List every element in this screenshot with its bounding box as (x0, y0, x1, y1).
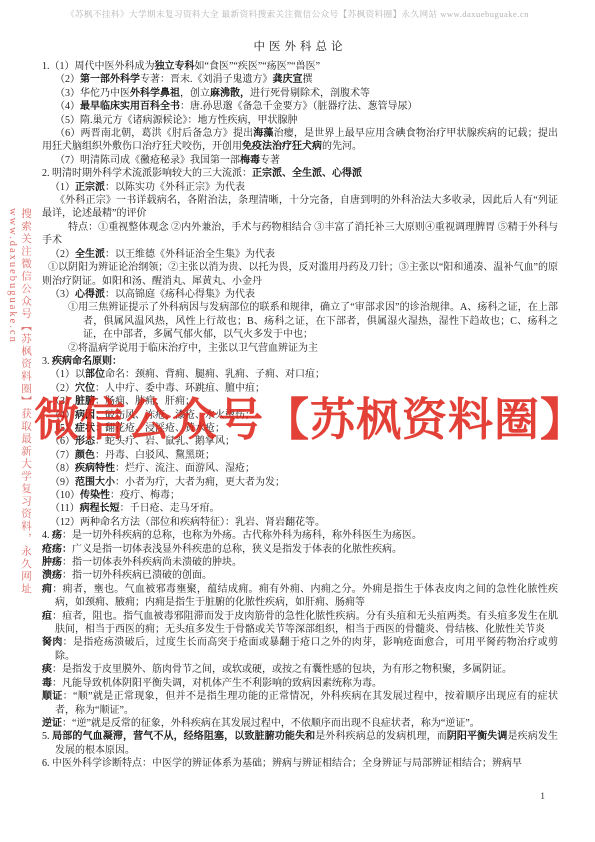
text-line: 毒：凡能导致机体阴阳平衡失调，对机体产生不利影响的致病因素统称为毒。 (42, 677, 558, 690)
bold-term: 范围大小 (75, 477, 115, 488)
text-run: ：痈者，壅也。气血被邪毒壅聚，蕴结成痈。痈有外痈、内痈之分。外痈是指生于体表皮肉… (52, 584, 558, 608)
bold-term: 疡 (52, 530, 62, 541)
bold-term: 龚庆宣 (273, 74, 303, 85)
text-run: （5）隋.巢元方《诸病源候论》：地方性疾病，甲状腺肿 (55, 115, 298, 126)
bold-term: 心得派 (75, 289, 105, 300)
bold-term: 梅毒 (240, 155, 260, 166)
text-line: 溃疡：指一切外科疾病已溃破的创面。 (42, 569, 558, 582)
bold-term: 全生派 (75, 249, 105, 260)
text-run: ①以阴阳为辨证论治纲领；②主张以消为贵、以托为畏，反对滥用丹药及刀针；③主张以“… (42, 262, 558, 286)
bold-term: 顺证 (42, 691, 63, 702)
text-line: 肿疡：指一切体表外科疾病尚未溃破的肿块。 (42, 556, 558, 569)
text-run: （3）华佗乃中医 (55, 88, 130, 99)
text-run: ：是指发于皮里膜外、筋肉骨节之间，或软或硬，或按之有囊性感的包块，为有形之物积聚… (52, 664, 512, 675)
text-line: 1.（1）周代中医外科成为独立专科如“食医”“疾医”“疡医”“兽医” (42, 60, 558, 73)
bold-term: 正宗派、全生派、心得派 (252, 168, 362, 179)
text-run: 《外科正宗》一书详载病名，各附治法，条理清晰，十分完备，自唐到明的外科治法大多收… (42, 195, 558, 219)
text-line: （1）正宗派：以陈实功《外科正宗》为代表 (42, 181, 558, 194)
text-run: ：唐.孙思邈《备急千金要方》（脏器疗法、葱管导尿） (180, 101, 418, 112)
bold-term: 外科学鼻祖 (130, 88, 180, 99)
text-line: （5）隋.巢元方《诸病源候论》：地方性疾病，甲状腺肿 (42, 114, 558, 127)
bold-term: 第一部外科学 (80, 74, 140, 85)
watermark-vertical: 搜索关注微信公众号【苏枫资料圈】获取最新大学复习资料，永久网址 www.daxu… (7, 208, 33, 658)
text-run: （1） (50, 182, 75, 193)
text-run: ：烂疔、流注、面游风、湿疮； (115, 463, 255, 474)
text-run: ：是一切外科疾病的总称，也称为外疡。古代称外科为疡科，称外科医生为疡医。 (62, 530, 422, 541)
text-line: 2. 明清时期外科学术流派影响较大的三大流派：正宗派、全生派、心得派 (42, 167, 558, 180)
text-line: （1）以部位命名：颈痈、背痈、腿痈、乳痈、子痈、对口疽； (42, 368, 558, 381)
text-run: ：以陈实功《外科正宗》为代表 (105, 182, 245, 193)
text-run: ①用三焦辨证提示了外科病因与发病部位的联系和规律，确立了“审部求因”的诊治规律。… (68, 302, 558, 340)
bold-term: 疽 (42, 611, 52, 622)
text-run: ：小者为疔，大者为痈，更大者为发； (115, 477, 285, 488)
text-run: 特点：①重视整体观念 ②内外兼治，手术与药物相结合 ③丰富了消托补三大原则④重视… (42, 222, 558, 246)
bold-term: 部位 (85, 369, 105, 380)
bold-term: 病程长短 (80, 503, 120, 514)
text-run: 的先河。 (322, 141, 362, 152)
text-line: 4. 疡：是一切外科疾病的总称，也称为外疡。古代称外科为疡科，称外科医生为疡医。 (42, 529, 558, 542)
text-line: （7）颜色：丹毒、白驳风、黧黑斑； (42, 449, 558, 462)
text-run: ：“逆”就是反常的征象，外科疾病在其发展过程中，不依顺序而出现不良症状者，称为“… (62, 718, 480, 729)
text-run: 广义是指一切体表浅显外科疾患的总称，狭义是指发于体表的化脓性疾病。 (72, 544, 402, 555)
text-run: 专著 (260, 155, 280, 166)
text-line: （7）明清陈司成《黴疮秘录》我国第一部梅毒专著 (42, 154, 558, 167)
watermark-horizontal: 微信公众号【苏枫资料圈】 (34, 383, 564, 448)
bold-term: 局部的气血凝滞，营气不从，经络阻塞，以致脏腑功能失和 (52, 731, 315, 742)
text-run: ：丹毒、白驳风、黧黑斑； (95, 450, 215, 461)
text-run: ：以王维德《外科证治全生集》为代表 (105, 249, 275, 260)
text-run: ：指一切体表外科疾病尚未溃破的肿块。 (62, 557, 242, 568)
text-run: 是外科疾病总的发病机理，而 (315, 731, 447, 742)
text-run: （10） (50, 490, 80, 501)
bold-term: 颜色 (75, 450, 95, 461)
page-title: 中医外科总论 (42, 38, 558, 54)
text-line: （4）最早临床实用百科全书：唐.孙思邈《备急千金要方》（脏器疗法、葱管导尿） (42, 100, 558, 113)
bold-term: 阴阳平衡失调 (447, 731, 508, 742)
text-run: ：疫疔、梅毒； (110, 490, 180, 501)
text-line: 5. 局部的气血凝滞，营气不从，经络阻塞，以致脏腑功能失和是外科疾病总的发病机理… (42, 730, 558, 757)
text-line: （3）心得派：以高锦庭《疡科心得集》为代表 (42, 288, 558, 301)
text-line: ②将温病学说用于临床治疗中，主张以卫气营血辨证为主 (42, 342, 558, 355)
bold-term: 海藻 (253, 128, 273, 139)
text-run: ：疽者，阻也。指气血被毒邪阻滞而发于皮肉筋骨的急性化脓性疾病。分有头疽和无头疽两… (52, 611, 558, 635)
text-run: 进行死骨剔除术，剖腹术等 (250, 88, 370, 99)
text-line: （10）传染性：疫疔、梅毒； (42, 489, 558, 502)
header-watermark-text: 《苏枫不挂科》大学期末复习资料大全 最新资料搜索关注微信公众号【苏枫资料圈】永久… (0, 8, 595, 20)
text-run: 3. (42, 356, 52, 367)
bold-term: 传染性 (80, 490, 110, 501)
text-run: （2） (55, 74, 80, 85)
text-run: ②将温病学说用于临床治疗中，主张以卫气营血辨证为主 (68, 343, 318, 354)
text-run: 专著：晋末.《刘涓子鬼遗方》 (140, 74, 273, 85)
text-line: 疮疡：广义是指一切体表浅显外科疾患的总称，狭义是指发于体表的化脓性疾病。 (42, 543, 558, 556)
bold-term: 逆证 (42, 718, 62, 729)
text-line: （11）病程长短：千日疮、走马牙疳。 (42, 502, 558, 515)
text-run: ：“顺”就是正常现象，但并不是指生理功能的正常情况，外科疾病在其发展过程中，按着… (55, 691, 558, 715)
text-run: （9） (50, 477, 75, 488)
document-page: 《苏枫不挂科》大学期末复习资料大全 最新资料搜索关注微信公众号【苏枫资料圈】永久… (0, 0, 595, 842)
text-run: 4. (42, 530, 52, 541)
text-line: （2）第一部外科学专著：晋末.《刘涓子鬼遗方》龚庆宣撰 (42, 73, 558, 86)
text-run: 2. 明清时期外科学术流派影响较大的三大流派： (42, 168, 252, 179)
text-run: （8） (50, 463, 75, 474)
text-run: ：千日疮、走马牙疳。 (120, 503, 220, 514)
text-run: ：指一切外科疾病已溃破的创面。 (62, 570, 212, 581)
text-line: ①以阴阳为辨证论治纲领；②主张以消为贵、以托为畏，反对滥用丹药及刀针；③主张以“… (42, 261, 558, 288)
text-line: 《外科正宗》一书详载病名，各附治法，条理清晰，十分完备，自唐到明的外科治法大多收… (42, 194, 558, 221)
text-line: ①用三焦辨证提示了外科病因与发病部位的联系和规律，确立了“审部求因”的诊治规律。… (42, 301, 558, 341)
text-run: （7） (50, 450, 75, 461)
text-run: ，创立 (180, 88, 210, 99)
bold-term: 独立专科 (155, 61, 195, 72)
text-run: 5. (42, 731, 52, 742)
text-line: 6. 中医外科学诊断特点：中医学的辨证体系为基础；辨病与辨证相结合；全身辨证与局… (42, 757, 558, 770)
text-line: 胬肉：是指疮疡溃破后，过度生长而高突于疮面或暴翻于疮口之外的肉芽，影响疮面愈合，… (42, 636, 558, 663)
text-run: ：以高锦庭《疡科心得集》为代表 (105, 289, 255, 300)
text-run: （11） (50, 503, 80, 514)
text-line: 特点：①重视整体观念 ②内外兼治，手术与药物相结合 ③丰富了消托补三大原则④重视… (42, 221, 558, 248)
text-run: 如“食医”“疾医”“疡医”“兽医” (195, 61, 321, 72)
text-line: 逆证：“逆”就是反常的征象，外科疾病在其发展过程中，不依顺序而出现不良症状者，称… (42, 717, 558, 730)
bold-term: 胬肉 (42, 637, 63, 648)
bold-term: 麻沸散， (210, 88, 250, 99)
text-run: （7）明清陈司成《黴疮秘录》我国第一部 (55, 155, 240, 166)
text-line: 痈：痈者，壅也。气血被邪毒壅聚，蕴结成痈。痈有外痈、内痈之分。外痈是指生于体表皮… (42, 583, 558, 610)
text-line: （8）疾病特性：烂疔、流注、面游风、湿疮； (42, 462, 558, 475)
bold-term: 正宗派 (75, 182, 105, 193)
bold-term: 最早临床实用百科全书 (80, 101, 180, 112)
text-run: （6）两晋南北朝，葛洪《肘后备急方》提出 (55, 128, 253, 139)
text-run: 撰 (303, 74, 313, 85)
bold-term: 毒 (42, 678, 52, 689)
text-line: 顺证：“顺”就是正常现象，但并不是指生理功能的正常情况，外科疾病在其发展过程中，… (42, 690, 558, 717)
text-run: 命名：颈痈、背痈、腿痈、乳痈、子痈、对口疽； (105, 369, 325, 380)
text-run: （1）以 (50, 369, 85, 380)
bold-term: 疾病命名原则： (52, 356, 122, 367)
text-line: （12）两种命名方法（部位和疾病特征）：乳岩、肾岩翻花等。 (42, 516, 558, 529)
text-line: 痰：是指发于皮里膜外、筋肉骨节之间，或软或硬，或按之有囊性感的包块，为有形之物积… (42, 663, 558, 676)
page-number: 1 (540, 792, 545, 802)
bold-term: 痰 (42, 664, 52, 675)
bold-term: 免疫法治疗狂犬病 (242, 141, 322, 152)
text-run: （3） (50, 289, 75, 300)
text-run: （4） (55, 101, 80, 112)
text-run: ：是指疮疡溃破后，过度生长而高突于疮面或暴翻于疮口之外的肉芽，影响疮面愈合，可用… (55, 637, 558, 661)
bold-term: 肿疡 (42, 557, 62, 568)
bold-term: 痈 (42, 584, 52, 595)
text-run: （12）两种命名方法（部位和疾病特征）：乳岩、肾岩翻花等。 (50, 517, 325, 528)
text-line: 疽：疽者，阻也。指气血被毒邪阻滞而发于皮肉筋骨的急性化脓性疾病。分有头疽和无头疽… (42, 610, 558, 637)
text-run: 1.（1）周代中医外科成为 (42, 61, 155, 72)
text-run: 6. 中医外科学诊断特点：中医学的辨证体系为基础；辨病与辨证相结合；全身辨证与局… (42, 758, 522, 769)
text-run: ：凡能导致机体阴阳平衡失调，对机体产生不利影响的致病因素统称为毒。 (52, 678, 382, 689)
text-run: （2） (50, 249, 75, 260)
text-line: （6）两晋南北朝，葛洪《肘后备急方》提出海藻治瘿，是世界上最早应用含碘食物治疗甲… (42, 127, 558, 154)
bold-term: 疮疡： (42, 544, 72, 555)
text-line: 3. 疾病命名原则： (42, 355, 558, 368)
text-line: （3）华佗乃中医外科学鼻祖，创立麻沸散，进行死骨剔除术，剖腹术等 (42, 87, 558, 100)
text-line: （9）范围大小：小者为疔，大者为痈，更大者为发； (42, 476, 558, 489)
bold-term: 疾病特性 (75, 463, 115, 474)
bold-term: 溃疡 (42, 570, 62, 581)
text-line: （2）全生派：以王维德《外科证治全生集》为代表 (42, 248, 558, 261)
